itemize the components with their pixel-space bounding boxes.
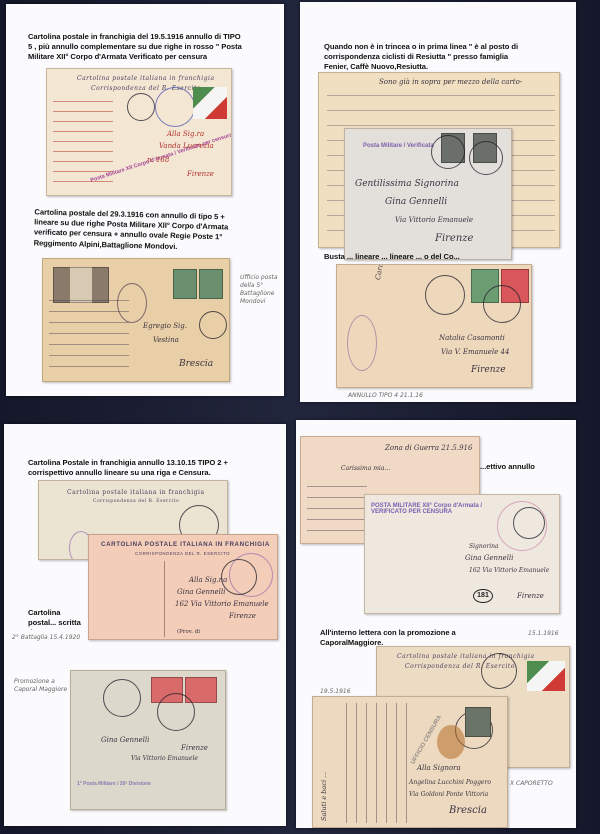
handwritten-note-1: 2° Battaglia 15.4.1920 — [12, 634, 92, 642]
postcard-verificato: POSTA MILITARE XII° Corpo d'Armata / VER… — [364, 494, 560, 614]
address-line-4: Firenze — [435, 233, 473, 244]
address-line-1: Natalia Casamonti — [439, 333, 505, 344]
caption-2: Cartolina postal... scritta da Serpe... — [28, 608, 86, 630]
postmark-2 — [483, 285, 521, 323]
censor-line-stamp: POSTA MILITARE XII° Corpo d'Armata / VER… — [371, 503, 491, 515]
postcard-title: Cartolina postale italiana in franchigia — [77, 75, 215, 82]
postcard-title: Cartolina postale italiana in franchigia — [67, 489, 205, 496]
censor-line-stamp: Posta Militare / Verificata — [363, 143, 434, 149]
handwritten-letter — [307, 481, 367, 541]
postcard-franchigia-1916: Cartolina postale italiana in franchigia… — [46, 68, 232, 196]
address-line-1: Alla Signora — [417, 763, 461, 774]
flag-emblem — [53, 267, 109, 303]
postmark — [481, 653, 517, 689]
footer: (Prov. di — [177, 627, 200, 638]
postmark — [425, 275, 465, 315]
oval-cancel — [117, 283, 147, 323]
stamp-green-1 — [173, 269, 197, 299]
message: Cara ... — [373, 264, 388, 281]
address-line-3: Brescia — [179, 359, 213, 370]
message: Saluti e baci ... — [319, 772, 330, 821]
caption-2: Cartolina postale del 29.3.1916 con annu… — [34, 207, 237, 253]
handwritten-note: ANNULLO TIPO 4 21.1.16 — [348, 392, 508, 400]
postcard-subtitle: CORRISPONDENZA DEL R. ESERCITO — [135, 551, 230, 556]
letter-line-1: Sono già in sopra per mezzo della carto- — [379, 77, 522, 88]
postmark-2 — [157, 693, 195, 731]
stain — [437, 725, 465, 759]
oval-cancel — [347, 315, 377, 371]
address-line-2: Vestina — [153, 335, 179, 346]
album-page-bottom-left: Cartolina Postale in franchigia annullo … — [4, 424, 286, 826]
postcard-brescia: Saluti e baci ... UFFICIO CENSURA Alla S… — [312, 696, 508, 828]
address-line-3: Firenze — [471, 365, 506, 376]
address-line-2: Angelina Lucchini Poggero — [409, 777, 491, 788]
postcard-alpini-1916: Egregio Sig. Vestina Brescia — [42, 258, 230, 382]
address-line-2: Gina Gennelli — [177, 587, 225, 598]
censor-line-stamp: 1° Posta Militare / 20ª Divisione — [77, 781, 151, 787]
album-page-bottom-right: ...ettivo annullo Zona di Guerra 21.5.91… — [296, 420, 576, 828]
handwritten-note-2: Promozione a Caporal Maggiore — [14, 678, 74, 694]
address-line-2: Via V. Emanuele 44 — [441, 347, 509, 358]
stamp-gray — [465, 707, 491, 737]
handwritten-date-1: 15.1.1916 — [528, 630, 559, 638]
address-line-1: Alla Sig.na — [189, 575, 227, 586]
caption-1: Cartolina Postale in franchigia annullo … — [28, 458, 232, 478]
address-line-4: Firenze — [229, 611, 256, 622]
oval-cancel: 181 — [473, 589, 493, 603]
postcard-franchigia-pink: CARTOLINA POSTALE ITALIANA IN FRANCHIGIA… — [88, 534, 278, 640]
postmark — [127, 93, 155, 121]
censor-oval-stamp — [155, 87, 195, 127]
address-line-3: 162 Via Vittorio Emanuele — [175, 599, 269, 610]
postmark — [199, 311, 227, 339]
caption-1: ...ettivo annullo — [480, 462, 570, 472]
caption-1: Quando non è in trincea o in prima linea… — [324, 42, 524, 73]
postcard-title: CARTOLINA POSTALE ITALIANA IN FRANCHIGIA — [101, 541, 270, 548]
handwritten-date-2: 19.5.1916 — [320, 688, 351, 696]
album-page-top-right: Quando non è in trincea o in prima linea… — [300, 2, 576, 402]
postcard-21feb16: Cara ... Natalia Casamonti Via V. Emanue… — [336, 264, 532, 388]
postcard-subtitle: Corrispondenza del R. Esercito — [93, 499, 179, 504]
postmark-2 — [469, 141, 503, 175]
address-line-1: Gentilissima Signorina — [355, 179, 459, 190]
handwritten-message — [337, 703, 407, 823]
address-line-2: Gina Gennelli — [465, 553, 513, 564]
stamp-green-2 — [199, 269, 223, 299]
postcard-title: Cartolina postale italiana in franchigia — [397, 653, 535, 660]
address-line-4: Brescia — [449, 805, 487, 816]
address-line-3: n. 168 — [147, 155, 169, 166]
address-line-1: Alla Sig.ra — [167, 129, 204, 140]
postmark-1 — [103, 679, 141, 717]
address-line-1: Gina Gennelli — [101, 735, 149, 746]
address-line-4: Firenze — [517, 591, 544, 602]
postmark — [513, 507, 545, 539]
flag-emblem — [193, 87, 227, 119]
address-line-3: Via Goldoni Ponte Vittoria — [409, 789, 488, 800]
address-line-3: Firenze — [181, 743, 208, 754]
address-line-3: 162 Via Vittorio Emanuele — [469, 565, 549, 576]
caption-2: Busta ... lineare ... lineare ... o del … — [324, 252, 544, 262]
envelope-8-4-16: Gina Gennelli Via Vittorio Emanuele Fire… — [70, 670, 226, 810]
handwritten-note: Ufficio posta della 5° Battaglione Mondo… — [240, 274, 280, 306]
address-line-2: Gina Gennelli — [385, 197, 447, 208]
envelope-resiutta: Posta Militare / Verificata Gentilissima… — [344, 128, 512, 260]
handwritten-note: X CAPORETTO — [510, 780, 553, 788]
flag-emblem — [527, 661, 565, 691]
address-line-2: Via Vittorio Emanuele — [131, 753, 198, 764]
address-line-3: Via Vittorio Emanuele — [395, 215, 473, 226]
address-line-2: Vanda Lucrezia — [159, 141, 214, 152]
letter-date: Zona di Guerra 21.5.916 — [385, 443, 472, 454]
album-page-top-left: Cartolina postale in franchigia del 19.5… — [6, 4, 284, 396]
sender-section — [93, 561, 165, 637]
handwriting — [49, 299, 129, 377]
address-line-1: Egregio Sig. — [143, 321, 187, 332]
caption-1: Cartolina postale in franchigia del 19.5… — [28, 32, 246, 63]
address-line-1: Signorina — [469, 541, 499, 552]
postmark-1 — [431, 135, 465, 169]
letter-greeting: Carissima mia... — [341, 463, 390, 474]
address-line-4: Firenze — [187, 169, 214, 180]
